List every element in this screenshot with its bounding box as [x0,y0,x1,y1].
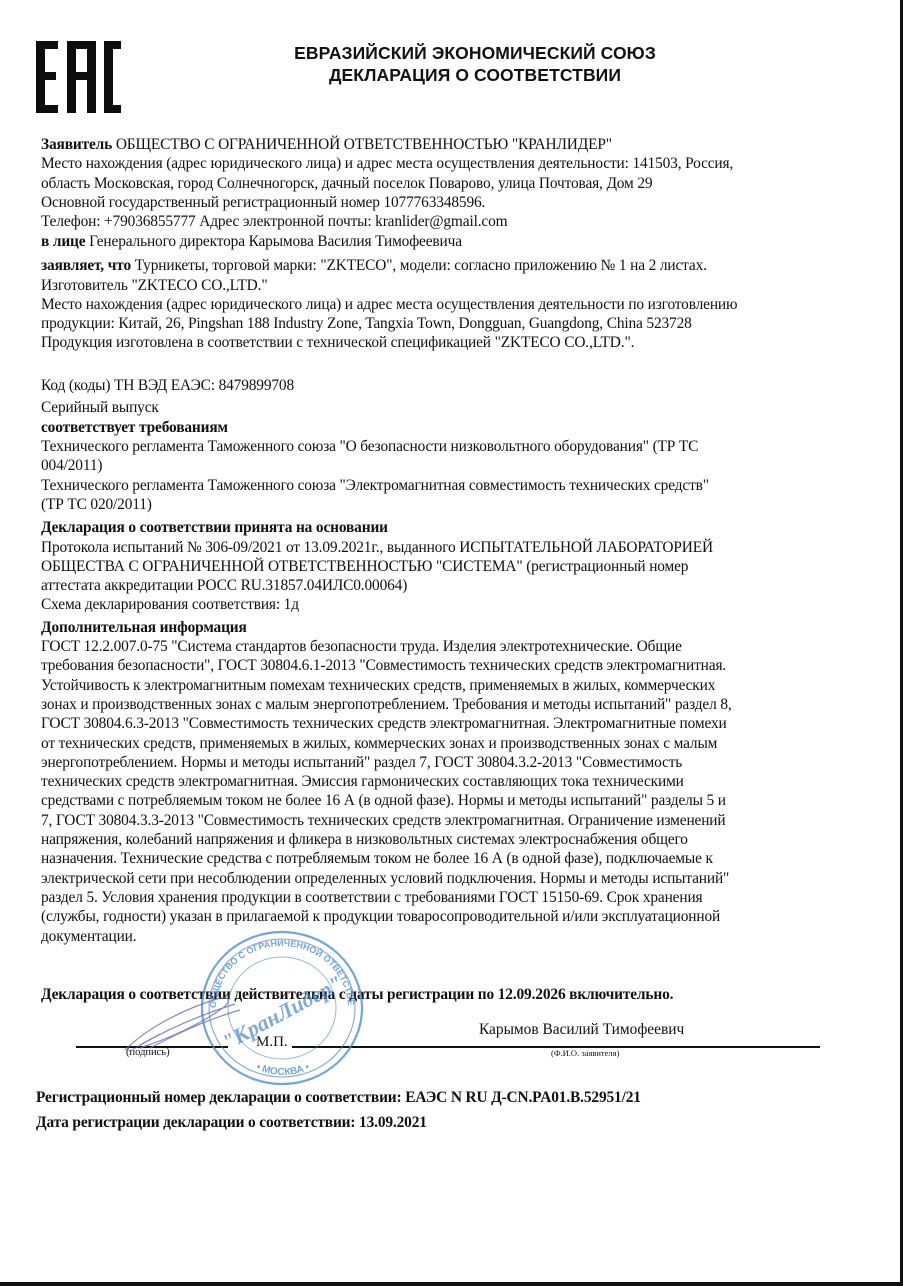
signer-name: Карымов Василий Тимофеевич [479,1021,684,1039]
requirement-1-line1: Технического регламента Таможенного союз… [41,437,698,457]
applicant-contacts: Телефон: +79036855777 Адрес электронной … [41,212,507,232]
requirement-2-line2: (ТР ТС 020/2011) [41,495,152,515]
basis-line-3: аттестата аккредитации РОСС RU.31857.04И… [41,576,407,596]
applicant-address-2: область Московская, город Солнечногорск,… [41,174,652,194]
release-type: Серийный выпуск [41,398,159,418]
additional-info-line: требования безопасности", ГОСТ 30804.6.1… [41,656,726,676]
applicant-line: Заявитель ОБЩЕСТВО С ОГРАНИЧЕННОЙ ОТВЕТС… [41,135,612,155]
additional-info-line: 7, ГОСТ 30804.3.3-2013 "Совместимость те… [41,811,725,831]
declares-label: заявляет, что [41,257,131,274]
manufacturer: Изготовитель "ZKTECO CO.,LTD." [41,276,267,296]
header-union-name: ЕВРАЗИЙСКИЙ ЭКОНОМИЧЕСКИЙ СОЮЗ [200,42,750,64]
tn-ved-code: Код (коды) ТН ВЭД ЕАЭС: 8479899708 [41,376,294,396]
additional-info-heading: Дополнительная информация [41,618,247,638]
additional-info-line: от технических средств, применяемых в жи… [41,734,717,754]
eac-logo-icon [36,41,120,113]
manufacturer-address-1: Место нахождения (адрес юридического лиц… [41,295,737,315]
declares-line: заявляет, что Турникеты, торговой марки:… [41,256,707,276]
requirement-2-line1: Технического регламента Таможенного союз… [41,476,709,496]
seal-label: М.П. [256,1034,288,1051]
manufacturer-address-2: продукции: Китай, 26, Pingshan 188 Indus… [41,314,692,334]
additional-info-line: энергопотреблением. Нормы и методы испыт… [41,753,682,773]
validity-statement: Декларация о соответствии действительна … [41,985,673,1005]
header-doc-title: ДЕКЛАРАЦИЯ О СООТВЕТСТВИИ [200,64,750,86]
requirements-heading: соответствует требованиям [41,418,228,438]
applicant-name: ОБЩЕСТВО С ОГРАНИЧЕННОЙ ОТВЕТСТВЕННОСТЬЮ… [116,136,612,153]
registration-date: Дата регистрации декларации о соответств… [36,1113,427,1133]
representative-label: в лице [41,233,85,250]
registration-number: Регистрационный номер декларации о соотв… [36,1088,641,1108]
additional-info-line: документации. [41,927,136,947]
company-seal-stamp-icon: ОБЩЕСТВО С ОГРАНИЧЕННОЙ ОТВЕТСТВЕННОСТЬЮ… [198,928,366,1088]
applicant-representative: в лице Генерального директора Карымова В… [41,232,462,252]
declaration-page: ЕВРАЗИЙСКИЙ ЭКОНОМИЧЕСКИЙ СОЮЗ ДЕКЛАРАЦИ… [0,0,903,1286]
additional-info-line: технических средств электромагнитная. Эм… [41,772,684,792]
additional-info-line: (службы, годности) указан в прилагаемой … [41,907,720,927]
additional-info-line: средствами с потребляемым током не более… [41,791,726,811]
representative-name: Генерального директора Карымова Василия … [89,233,462,250]
document-header: ЕВРАЗИЙСКИЙ ЭКОНОМИЧЕСКИЙ СОЮЗ ДЕКЛАРАЦИ… [200,42,750,86]
product-spec: Продукция изготовлена в соответствии с т… [41,333,634,353]
additional-info-line: назначения. Технические средства с потре… [41,849,713,869]
applicant-ogrn: Основной государственный регистрационный… [41,193,485,213]
additional-info-line: напряжения, колебаний напряжения и флике… [41,830,688,850]
declared-product: Турникеты, торговой марки: "ZKTECO", мод… [135,257,707,274]
additional-info-line: ГОСТ 30804.6.3-2013 "Совместимость техни… [41,714,727,734]
svg-text:• МОСКВА •: • МОСКВА • [255,1061,312,1078]
signature-caption: (подпись) [126,1047,170,1058]
additional-info-line: зонах и производственных зонах с малым э… [41,695,732,715]
basis-line-2: ОБЩЕСТВА С ОГРАНИЧЕННОЙ ОТВЕТСТВЕННОСТЬЮ… [41,557,688,577]
basis-heading: Декларация о соответствии принята на осн… [41,518,388,538]
additional-info-line: раздел 5. Условия хранения продукции в с… [41,888,702,908]
declaration-scheme: Схема декларирования соответствия: 1д [41,595,299,615]
additional-info-line: ГОСТ 12.2.007.0-75 "Система стандартов б… [41,637,682,657]
applicant-address-1: Место нахождения (адрес юридического лиц… [41,154,733,174]
signer-caption: (Ф.И.О. заявителя) [551,1048,619,1058]
additional-info-line: Устойчивость к электромагнитным помехам … [41,676,715,696]
applicant-label: Заявитель [41,136,112,153]
basis-line-1: Протокола испытаний № 306-09/2021 от 13.… [41,538,713,558]
additional-info-line: электрической сети при несоблюдении опре… [41,869,729,889]
requirement-1-line2: 004/2011) [41,456,102,476]
